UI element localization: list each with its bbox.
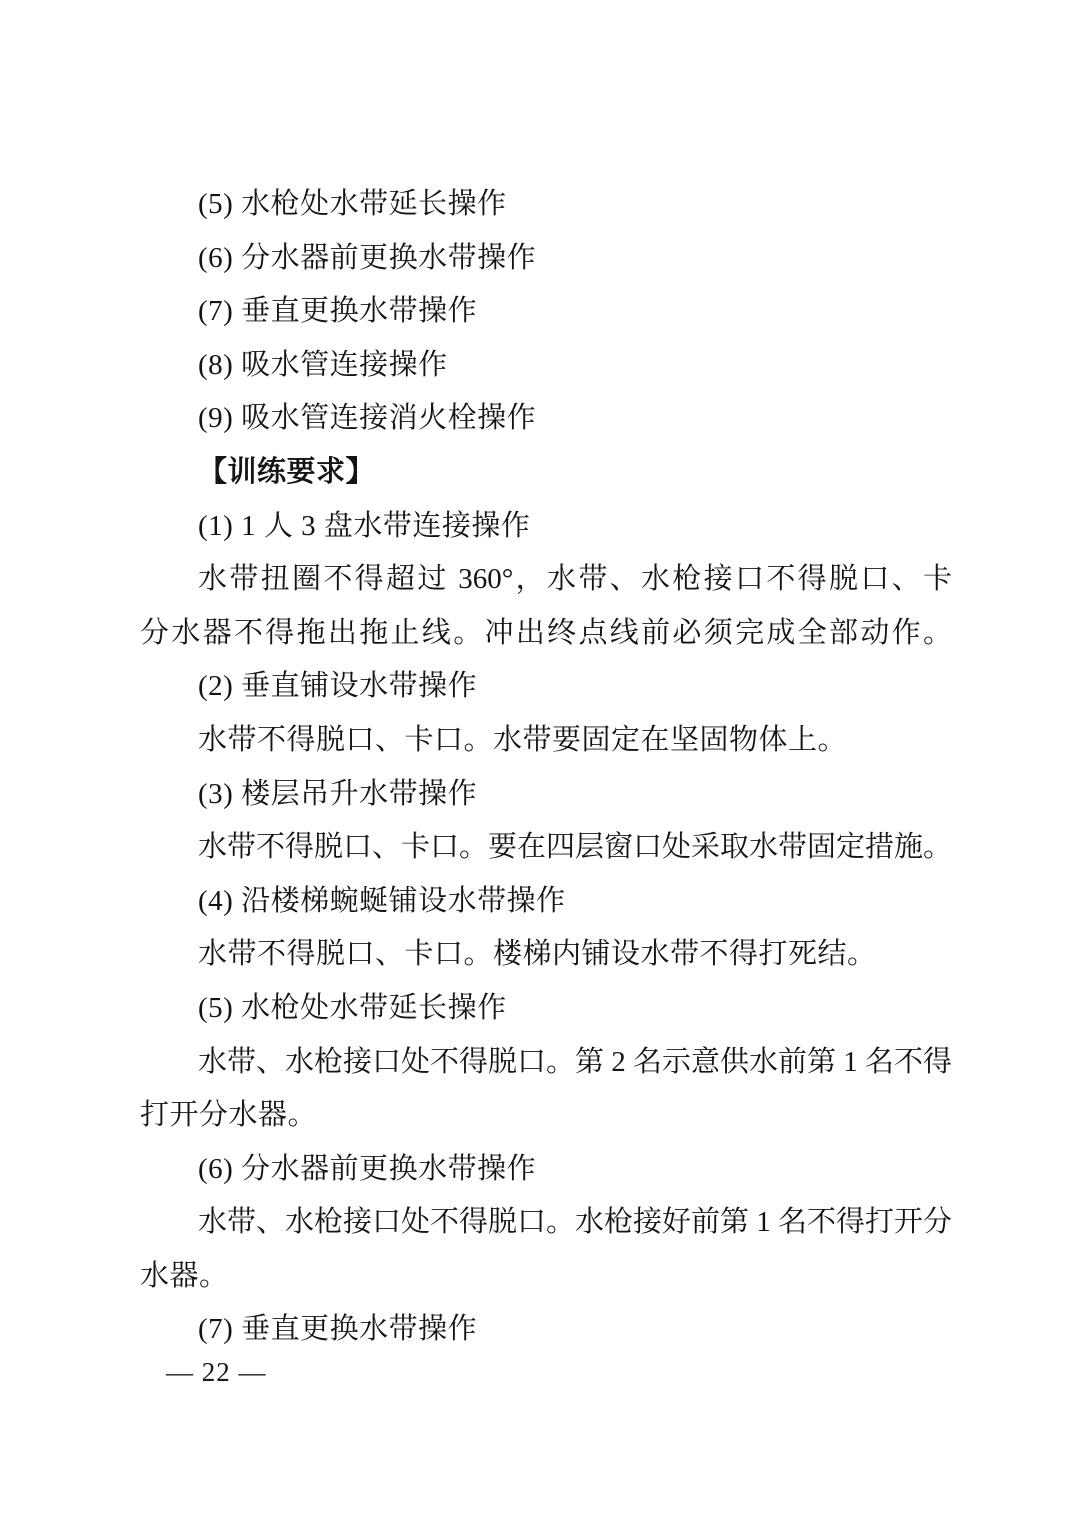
document-page: (5) 水枪处水带延长操作(6) 分水器前更换水带操作(7) 垂直更换水带操作(… [0, 0, 1080, 1528]
paragraph-line: 水器。 [140, 1250, 952, 1304]
list-item-6: (6) 分水器前更换水带操作 [140, 232, 952, 286]
list-item-req-6: (6) 分水器前更换水带操作 [140, 1143, 952, 1197]
paragraph-line: 打开分水器。 [140, 1089, 952, 1143]
list-item-9: (9) 吸水管连接消火栓操作 [140, 392, 952, 446]
paragraph-line: 水带、水枪接口处不得脱口。第 2 名示意供水前第 1 名不得 [140, 1036, 952, 1090]
list-item-req-7: (7) 垂直更换水带操作 [140, 1303, 952, 1357]
list-item-req-3: (3) 楼层吊升水带操作 [140, 768, 952, 822]
paragraph-line: 水带不得脱口、卡口。要在四层窗口处采取水带固定措施。 [140, 821, 952, 875]
paragraph-line: 水带不得脱口、卡口。楼梯内铺设水带不得打死结。 [140, 928, 952, 982]
page-number: — 22 — [166, 1352, 267, 1392]
section-heading: 【训练要求】 [140, 446, 952, 500]
paragraph-line: 水带不得脱口、卡口。水带要固定在坚固物体上。 [140, 714, 952, 768]
paragraph-line: 分水器不得拖出拖止线。冲出终点线前必须完成全部动作。 [140, 607, 952, 661]
paragraph-line: 水带扭圈不得超过 360°，水带、水枪接口不得脱口、卡口， [140, 553, 952, 607]
list-item-7: (7) 垂直更换水带操作 [140, 285, 952, 339]
list-item-req-1: (1) 1 人 3 盘水带连接操作 [140, 500, 952, 554]
list-item-8: (8) 吸水管连接操作 [140, 339, 952, 393]
list-item-req-2: (2) 垂直铺设水带操作 [140, 660, 952, 714]
list-item-req-5: (5) 水枪处水带延长操作 [140, 982, 952, 1036]
paragraph-line: 水带、水枪接口处不得脱口。水枪接好前第 1 名不得打开分 [140, 1196, 952, 1250]
list-item-5: (5) 水枪处水带延长操作 [140, 178, 952, 232]
list-item-req-4: (4) 沿楼梯蜿蜒铺设水带操作 [140, 875, 952, 929]
document-body: (5) 水枪处水带延长操作(6) 分水器前更换水带操作(7) 垂直更换水带操作(… [140, 178, 952, 1357]
